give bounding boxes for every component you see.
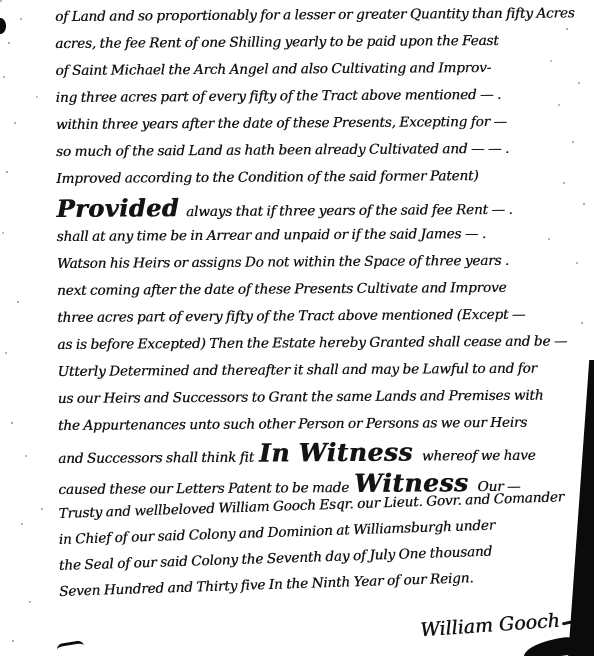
text-line: as is before Excepted) Then the Estate h… [57,328,587,359]
text-line: acres, the fee Rent of one Shilling year… [55,27,585,58]
text-line: of Saint Michael the Arch Angel and also… [55,54,585,85]
scan-noise-speckles [0,0,2,2]
text-line: Utterly Determined and thereafter it sha… [57,355,587,386]
text-line: ing three acres part of every fifty of t… [56,81,586,112]
text-line: three acres part of every fifty of the T… [57,301,587,332]
text-line: the Appurtenances unto such other Person… [58,409,588,440]
scan-corner-blob [522,636,582,656]
signature-text: William Gooch [419,610,560,642]
text-line: next coming after the date of these Pres… [57,274,587,305]
text-line-provided: Providedalways that if three years of th… [56,189,586,224]
text-line: shall at any time be in Arrear and unpai… [57,220,587,251]
text-line: of Land and so proportionably for a less… [55,0,585,31]
text-segment: whereof we have [422,448,536,465]
text-segment: always that if three years of the said f… [186,202,513,220]
text-line: Improved according to the Condition of t… [56,162,586,193]
text-line: within three years after the date of the… [56,108,586,139]
manuscript-text: of Land and so proportionably for a less… [55,0,589,605]
left-margin-ink-mark [0,18,6,34]
text-line-in-witness: and Successors shall think fitIn Witness… [58,436,588,470]
text-line: so much of the said Land as hath been al… [56,135,586,166]
bottom-ink-stroke [56,640,84,655]
decorated-word-in-witness: In Witness [259,438,413,468]
text-segment: and Successors shall think fit [58,450,254,467]
manuscript-page: of Land and so proportionably for a less… [0,0,594,656]
decorated-word-provided: Provided [56,193,179,223]
signature-william-gooch: William Gooch [419,609,576,642]
text-line: us our Heirs and Successors to Grant the… [58,382,588,413]
text-line: Watson his Heirs or assigns Do not withi… [57,247,587,278]
